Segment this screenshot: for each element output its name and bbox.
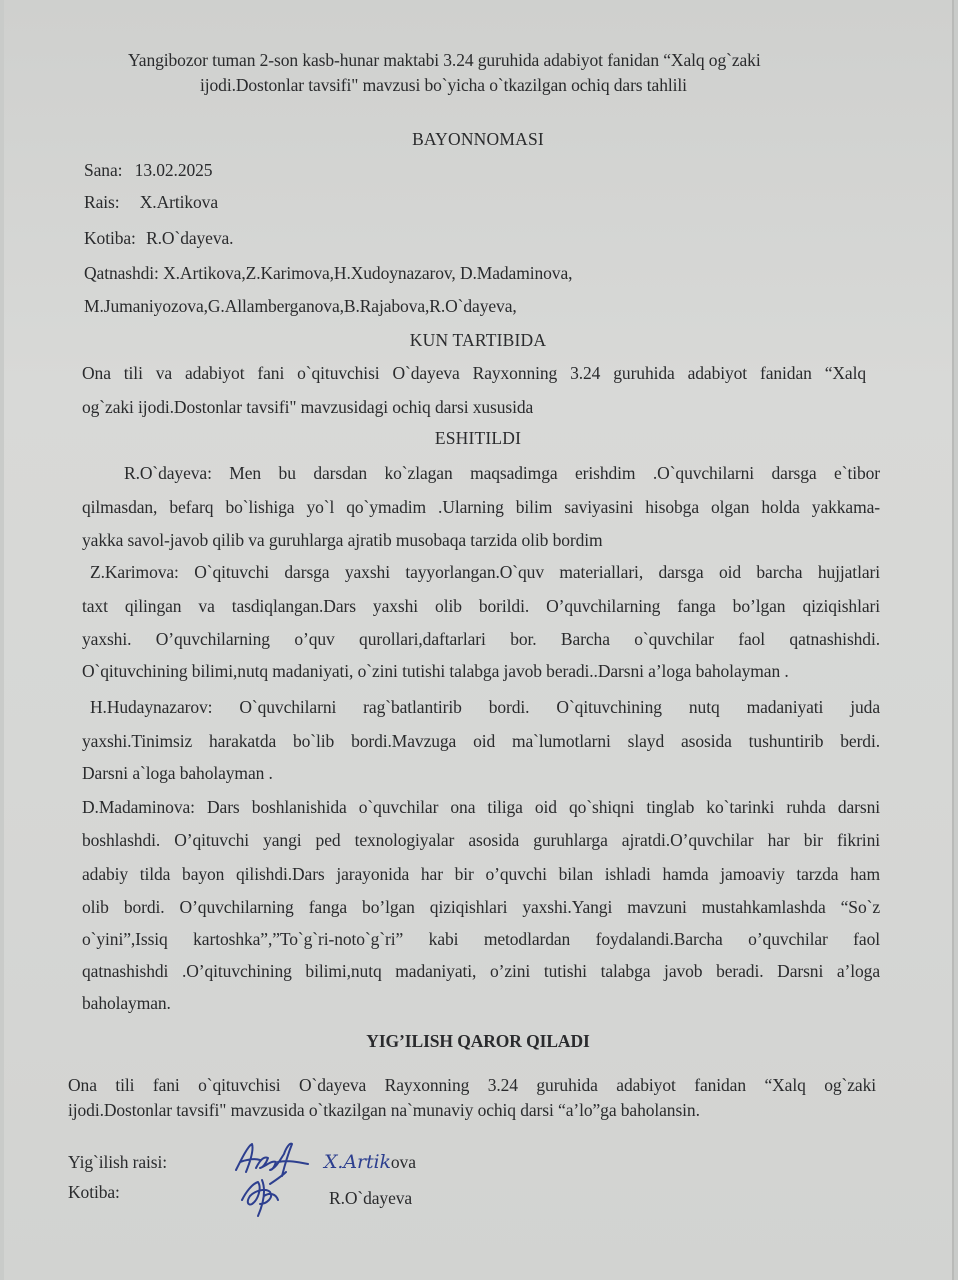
date-label: Sana:	[84, 160, 122, 180]
statement-2-line-3: yaxshi. O’quvchilarning o’quv qurollari,…	[82, 629, 880, 649]
statement-3-line-2: yaxshi.Tinimsiz harakatda bo`lib bordi.M…	[82, 731, 880, 751]
date-row: Sana: 13.02.2025	[84, 160, 212, 180]
statement-2-line-1: Z.Karimova: O`qituvchi darsga yaxshi tay…	[90, 562, 880, 582]
agenda-line-2: og`zaki ijodi.Dostonlar tavsifi" mavzusi…	[82, 397, 533, 417]
decision-heading: YIG’ILISH QAROR QILADI	[4, 1031, 952, 1051]
document-title: BAYONNOMASI	[4, 129, 952, 149]
agenda-line-1: Ona tili va adabiyot fani o`qituvchisi O…	[82, 363, 866, 383]
decision-line-2: ijodi.Dostonlar tavsifi" mavzusida o`tka…	[68, 1100, 700, 1120]
statement-2-line-2: taxt qilingan va tasdiqlangan.Dars yaxsh…	[82, 596, 880, 616]
statement-3-line-3: Darsni a`loga baholayman .	[82, 763, 273, 783]
statement-4-line-4: olib bordi. O’quvchilarning fanga bo’lga…	[82, 897, 880, 917]
participants-row: Qatnashdi: X.Artikova,Z.Karimova,H.Xudoy…	[84, 263, 572, 283]
statement-4-line-6: qatnashishdi .O’qituvchining bilimi,nutq…	[82, 961, 880, 981]
participants-line-2: M.Jumaniyozova,G.Allamberganova,B.Rajabo…	[84, 296, 517, 316]
statement-4-line-1: D.Madaminova: Dars boshlanishida o`quvch…	[82, 797, 880, 817]
chair-name-printed: ova	[391, 1152, 416, 1172]
secretary-value: R.O`dayeva.	[146, 228, 233, 248]
decision-line-1: Ona tili fani o`qituvchisi O`dayeva Rayx…	[68, 1075, 876, 1095]
chair-name-handwritten: X.Artik	[324, 1151, 391, 1173]
statement-4-line-2: boshlashdi. O’qituvchi yangi ped texnolo…	[82, 830, 880, 850]
statement-4-line-3: adabiy tilda bayon qilishdi.Dars jarayon…	[82, 864, 880, 884]
secretary-row: Kotiba: R.O`dayeva.	[84, 228, 233, 248]
document-header-line-1: Yangibozor tuman 2-son kasb-hunar maktab…	[128, 50, 840, 70]
secretary-signature-icon	[236, 1170, 292, 1220]
statement-1-line-1: R.O`dayeva: Men bu darsdan ko`zlagan maq…	[124, 463, 880, 483]
statement-2-line-4: O`qituvchining bilimi,nutq madaniyati, o…	[82, 661, 789, 681]
secretary-signature-label: Kotiba:	[68, 1182, 120, 1202]
document-page: Yangibozor tuman 2-son kasb-hunar maktab…	[4, 0, 954, 1280]
chair-row: Rais: X.Artikova	[84, 192, 218, 212]
date-value: 13.02.2025	[135, 160, 213, 180]
participants-line-1: X.Artikova,Z.Karimova,H.Xudoynazarov, D.…	[163, 263, 572, 283]
statement-1-line-2: qilmasdan, befarq bo`lishiga yo`l qo`yma…	[82, 497, 880, 517]
chair-label: Rais:	[84, 192, 119, 212]
document-header-line-2: ijodi.Dostonlar tavsifi" mavzusi bo`yich…	[200, 75, 687, 95]
statement-4-line-7: baholayman.	[82, 993, 171, 1013]
secretary-label: Kotiba:	[84, 228, 136, 248]
statement-1-line-3: yakka savol-javob qilib va guruhlarga aj…	[82, 530, 603, 550]
statement-3-line-1: H.Hudaynazarov: O`quvchilarni rag`batlan…	[90, 697, 880, 717]
agenda-heading: KUN TARTIBIDA	[4, 330, 952, 350]
statement-4-line-5: o`yini”,Issiq kartoshka”,”To`g`ri-noto`g…	[82, 929, 880, 949]
chair-signature-label: Yig`ilish raisi:	[68, 1152, 167, 1172]
heard-heading: ESHITILDI	[4, 428, 952, 448]
chair-name: X.Artikova	[324, 1152, 416, 1172]
secretary-name: R.O`dayeva	[329, 1188, 412, 1208]
participants-label: Qatnashdi:	[84, 263, 159, 283]
chair-value: X.Artikova	[140, 192, 218, 212]
